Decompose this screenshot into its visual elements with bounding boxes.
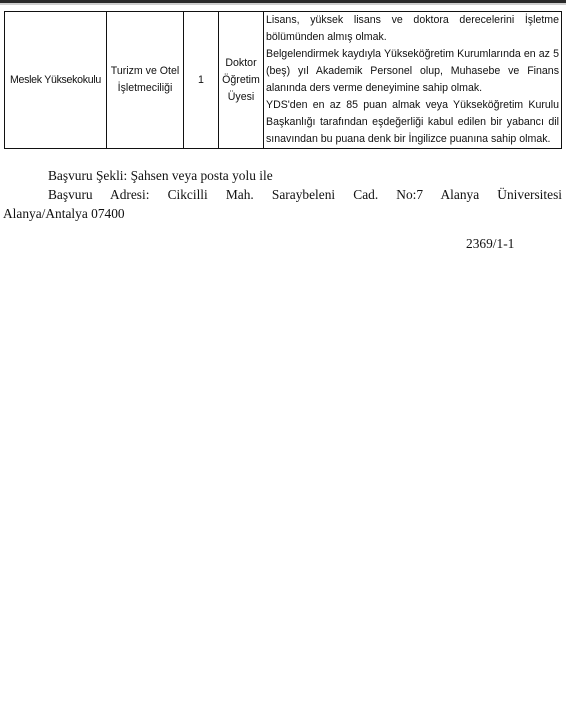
department-line: Turizm ve Otel <box>109 63 181 80</box>
requirement-item: YDS'den en az 85 puan almak veya Yüksekö… <box>266 97 559 148</box>
application-method: Başvuru Şekli: Şahsen veya posta yolu il… <box>48 166 273 185</box>
requirements-cell: Lisans, yüksek lisans ve doktora derecel… <box>264 12 562 149</box>
title-line: Öğretim <box>221 72 261 89</box>
application-address-line2: Alanya/Antalya 07400 <box>3 204 125 223</box>
table-row: Meslek Yüksekokulu Turizm ve Otel İşletm… <box>5 12 562 149</box>
department-cell: Turizm ve Otel İşletmeciliği <box>107 12 184 149</box>
unit-cell: Meslek Yüksekokulu <box>5 12 107 149</box>
requirement-item: Lisans, yüksek lisans ve doktora derecel… <box>266 12 559 46</box>
department-line: İşletmeciliği <box>109 80 181 97</box>
title-line: Doktor <box>221 55 261 72</box>
top-edge-shadow <box>0 3 566 5</box>
application-address-line1: Başvuru Adresi: Cikcilli Mah. Saraybelen… <box>48 185 562 204</box>
position-requirements-table: Meslek Yüksekokulu Turizm ve Otel İşletm… <box>4 11 562 149</box>
title-line: Üyesi <box>221 89 261 106</box>
title-cell: Doktor Öğretim Üyesi <box>219 12 264 149</box>
reference-number: 2369/1-1 <box>466 234 514 253</box>
requirement-item: Belgelendirmek kaydıyla Yükseköğretim Ku… <box>266 46 559 97</box>
quantity-cell: 1 <box>184 12 219 149</box>
